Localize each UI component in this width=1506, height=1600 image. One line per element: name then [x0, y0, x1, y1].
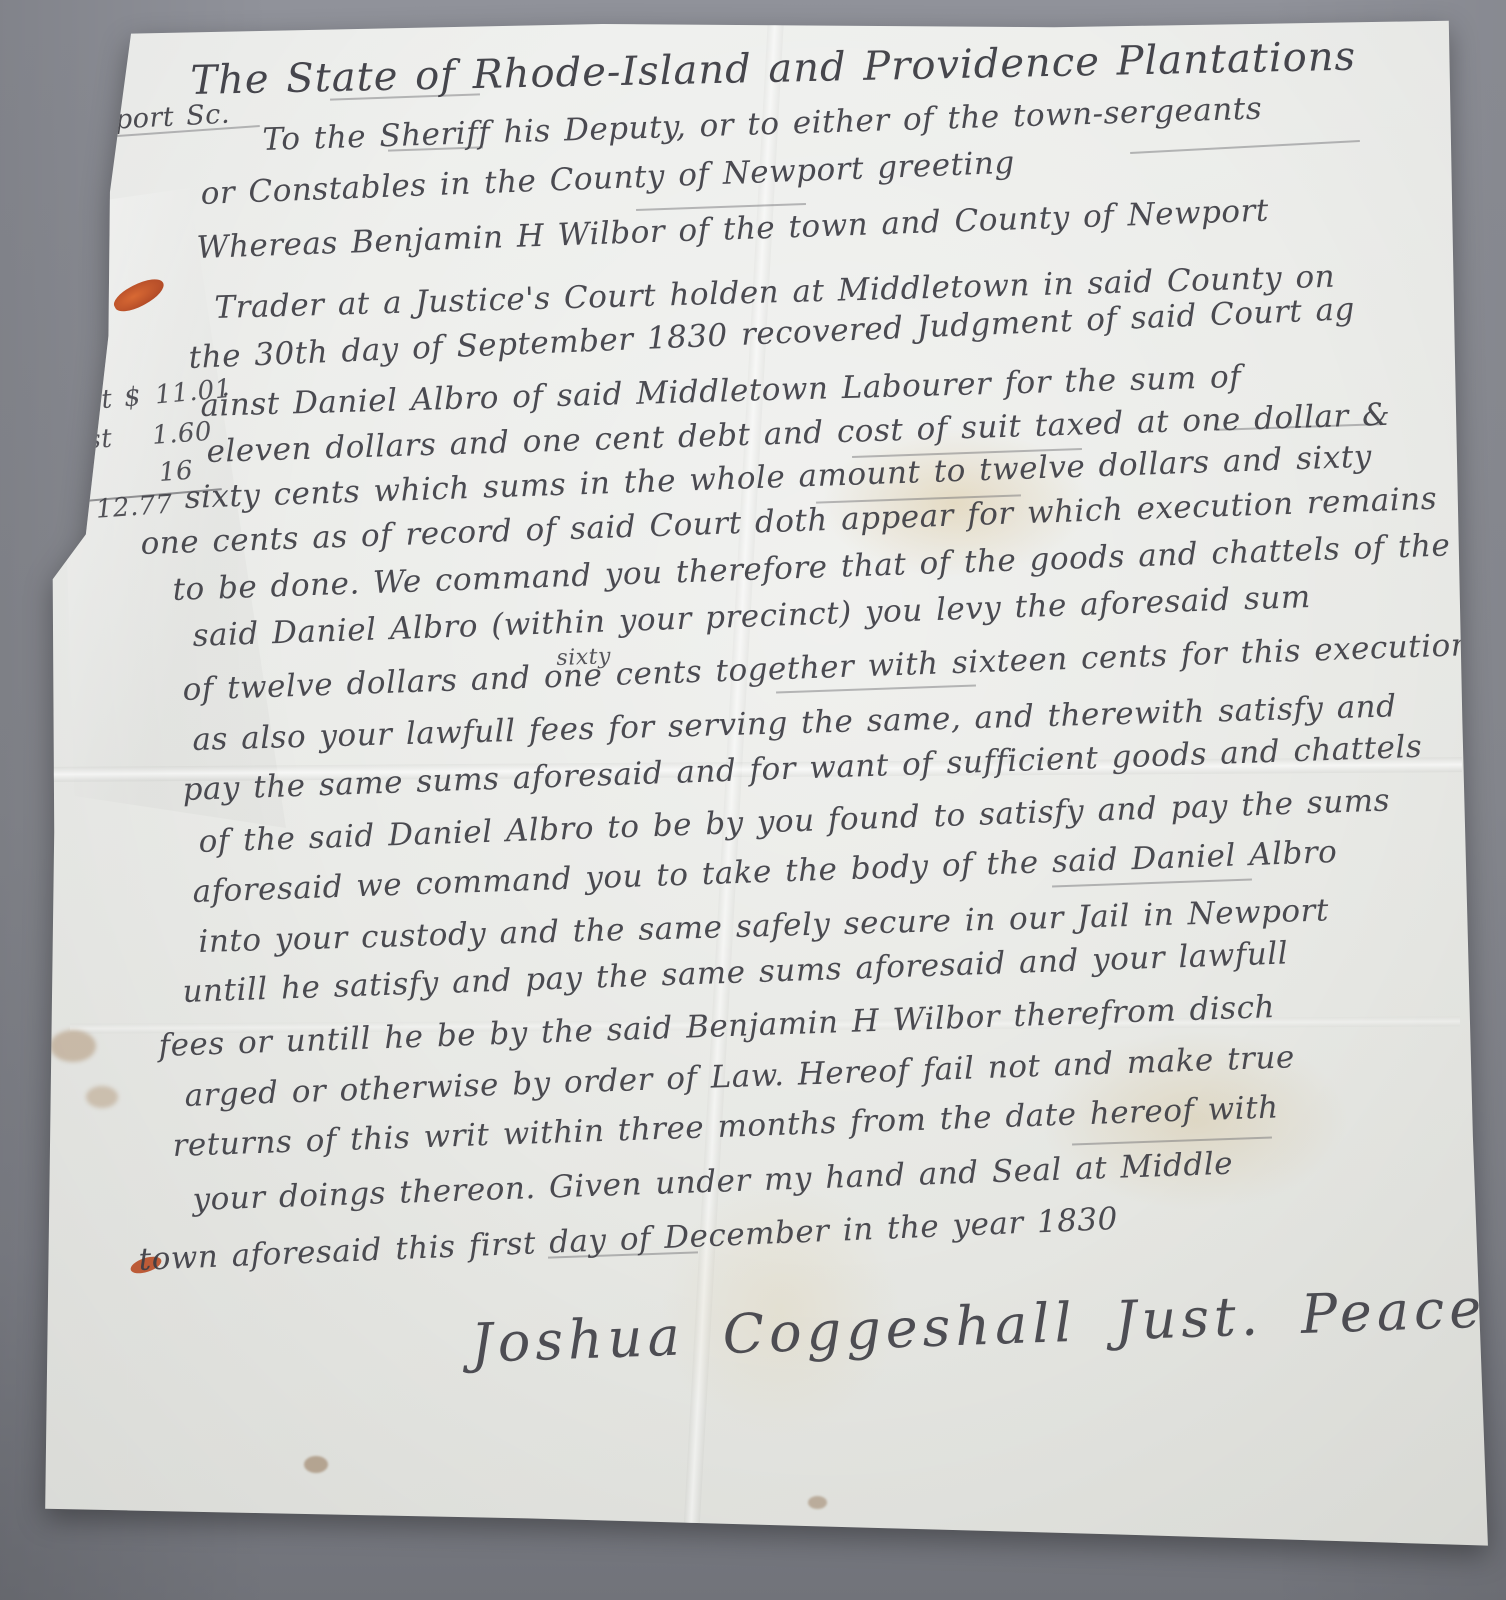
total-label: $: [50, 497, 69, 528]
margin-ex-label: Ex: [40, 468, 78, 501]
cost-label: Cost: [50, 424, 113, 458]
paper-wrapper: The State of Rhode-Island and Providence…: [0, 0, 1506, 1600]
total-value: 12.77: [95, 489, 174, 524]
paper-sheet: The State of Rhode-Island and Providence…: [0, 0, 1506, 1600]
photo-of-document: { "page": { "background_color": "#8b8d94…: [0, 0, 1506, 1600]
